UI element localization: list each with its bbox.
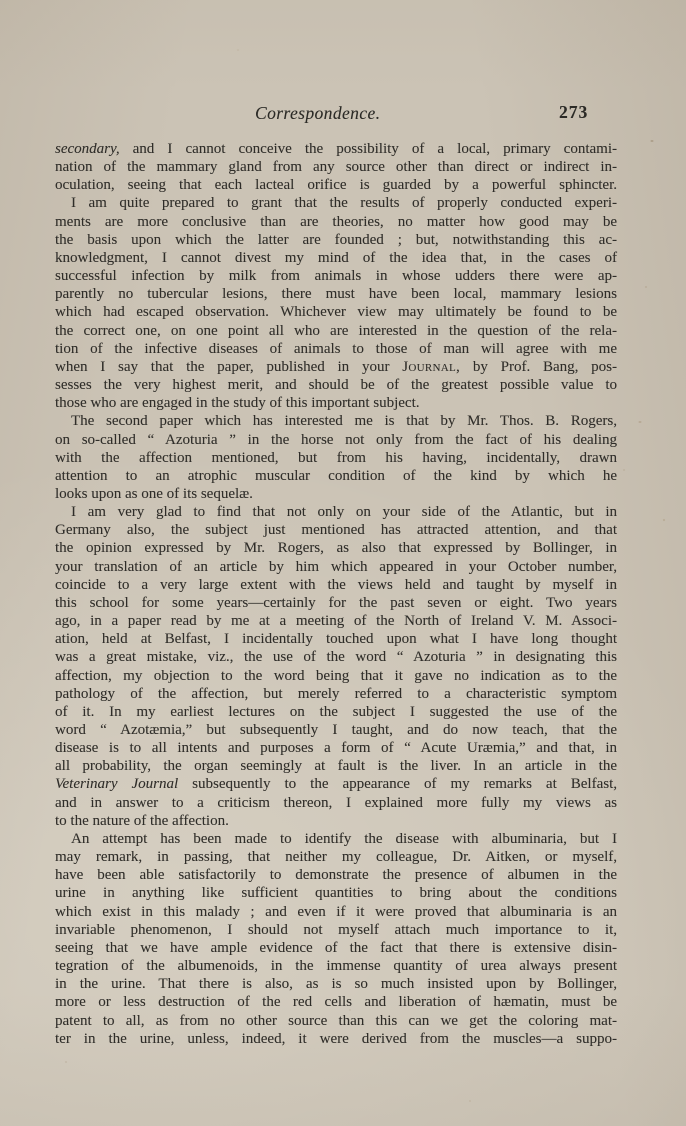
text-line: successful infection by milk from animal…: [55, 267, 617, 285]
text-run: all probability, the organ seemingly at …: [55, 758, 617, 774]
text-run: coincide to a very large extent with the…: [55, 577, 617, 593]
text-run: The second paper which has interested me…: [71, 413, 617, 429]
text-run: An attempt has been made to identify the…: [71, 831, 617, 847]
text-run: sesses the very highest merit, and shoul…: [55, 377, 617, 393]
text-line: I am very glad to find that not only on …: [55, 503, 617, 521]
text-line: parently no tubercular lesions, there mu…: [55, 285, 617, 303]
text-run: affection, my objection to the word bein…: [55, 668, 617, 684]
page-number: 273: [559, 102, 588, 123]
text-run: urine in anything like sufficient quanti…: [55, 885, 617, 901]
text-run: nation of the mammary gland from any sou…: [55, 159, 617, 175]
text-line: An attempt has been made to identify the…: [55, 830, 617, 848]
italic-text: secondary,: [55, 141, 120, 157]
text-line: pathology of the affection, but merely r…: [55, 685, 617, 703]
text-run: tion of the infective diseases of animal…: [55, 341, 617, 357]
text-run: I am quite prepared to grant that the re…: [71, 195, 617, 211]
text-line: may remark, in passing, that neither my …: [55, 848, 617, 866]
text-run: seeing that we have ample evidence of th…: [55, 940, 617, 956]
text-line: secondary, and I cannot conceive the pos…: [55, 140, 617, 158]
text-line: seeing that we have ample evidence of th…: [55, 939, 617, 957]
text-line: to the nature of the affection.: [55, 812, 617, 830]
text-line: attention to an atrophic muscular condit…: [55, 467, 617, 485]
text-run: those who are engaged in the study of th…: [55, 395, 420, 411]
text-run: in the urine. That there is also, as is …: [55, 976, 617, 992]
text-run: when I say that the paper, published in …: [55, 359, 402, 375]
text-run: which exist in this malady ; and even if…: [55, 904, 617, 920]
text-line: more or less destruction of the red cell…: [55, 993, 617, 1011]
text-run: oculation, seeing that each lacteal orif…: [55, 177, 617, 193]
text-line: and in answer to a criticism thereon, I …: [55, 794, 617, 812]
text-line: tegration of the albumenoids, in the imm…: [55, 957, 617, 975]
text-run: parently no tubercular lesions, there mu…: [55, 286, 617, 302]
text-line: oculation, seeing that each lacteal orif…: [55, 176, 617, 194]
text-run: which had escaped observation. Whichever…: [55, 304, 617, 320]
text-line: urine in anything like sufficient quanti…: [55, 884, 617, 902]
text-line: your translation of an article by him wh…: [55, 558, 617, 576]
text-run: I am very glad to find that not only on …: [71, 504, 617, 520]
text-run: ago, in a paper read by me at a meeting …: [55, 613, 617, 629]
text-line: tion of the infective diseases of animal…: [55, 340, 617, 358]
running-header: Correspondence. 273: [55, 103, 617, 125]
text-line: coincide to a very large extent with the…: [55, 576, 617, 594]
text-run: more or less destruction of the red cell…: [55, 994, 617, 1010]
text-line: which exist in this malady ; and even if…: [55, 903, 617, 921]
text-line: of it. In my earliest lectures on the su…: [55, 703, 617, 721]
text-line: those who are engaged in the study of th…: [55, 394, 617, 412]
text-line: Germany also, the subject just mentioned…: [55, 521, 617, 539]
text-run: of it. In my earliest lectures on the su…: [55, 704, 617, 720]
text-line: have been able satisfactorily to demonst…: [55, 866, 617, 884]
text-run: the correct one, on one point all who ar…: [55, 323, 617, 339]
text-run: disease is to all intents and purposes a…: [55, 740, 617, 756]
text-run: the opinion expressed by Mr. Rogers, as …: [55, 540, 617, 556]
small-caps-text: Journal,: [402, 359, 460, 375]
text-block: secondary, and I cannot conceive the pos…: [55, 140, 617, 1048]
scanned-book-page: { "document": { "header": { "title": "Co…: [0, 0, 686, 1126]
text-line: in the urine. That there is also, as is …: [55, 975, 617, 993]
text-line: affection, my objection to the word bein…: [55, 667, 617, 685]
text-run: knowledgment, I cannot divest my mind of…: [55, 250, 617, 266]
text-run: ments are more conclusive than are theor…: [55, 214, 617, 230]
text-run: to the nature of the affection.: [55, 813, 229, 829]
text-line: sesses the very highest merit, and shoul…: [55, 376, 617, 394]
text-run: attention to an atrophic muscular condit…: [55, 468, 617, 484]
text-run: on so-called “ Azoturia ” in the horse n…: [55, 432, 617, 448]
text-run: Germany also, the subject just mentioned…: [55, 522, 617, 538]
italic-text: Veterinary Journal: [55, 776, 178, 792]
text-line: the basis upon which the latter are foun…: [55, 231, 617, 249]
text-run: tegration of the albumenoids, in the imm…: [55, 958, 617, 974]
text-line: ments are more conclusive than are theor…: [55, 213, 617, 231]
text-line: I am quite prepared to grant that the re…: [55, 194, 617, 212]
running-title: Correspondence.: [255, 103, 380, 124]
text-run: successful infection by milk from animal…: [55, 268, 617, 284]
text-run: have been able satisfactorily to demonst…: [55, 867, 617, 883]
text-line: knowledgment, I cannot divest my mind of…: [55, 249, 617, 267]
text-run: ter in the urine, unless, indeed, it wer…: [55, 1031, 617, 1047]
text-line: was a great mistake, viz., the use of th…: [55, 648, 617, 666]
text-run: with the affection mentioned, but from h…: [55, 450, 617, 466]
text-line: on so-called “ Azoturia ” in the horse n…: [55, 431, 617, 449]
text-run: word “ Azotæmia,” but subsequently I tau…: [55, 722, 617, 738]
text-line: the opinion expressed by Mr. Rogers, as …: [55, 539, 617, 557]
text-line: disease is to all intents and purposes a…: [55, 739, 617, 757]
text-run: this school for some years—certainly for…: [55, 595, 617, 611]
text-line: nation of the mammary gland from any sou…: [55, 158, 617, 176]
text-line: when I say that the paper, published in …: [55, 358, 617, 376]
text-line: invariable phenomenon, I should not myse…: [55, 921, 617, 939]
text-run: and I cannot conceive the possibility of…: [120, 141, 617, 157]
text-line: ago, in a paper read by me at a meeting …: [55, 612, 617, 630]
text-run: may remark, in passing, that neither my …: [55, 849, 617, 865]
text-line: ation, held at Belfast, I incidentally t…: [55, 630, 617, 648]
text-line: ter in the urine, unless, indeed, it wer…: [55, 1030, 617, 1048]
text-line: patent to all, as from no other source t…: [55, 1012, 617, 1030]
text-line: Veterinary Journal subsequently to the a…: [55, 775, 617, 793]
text-run: and in answer to a criticism thereon, I …: [55, 795, 617, 811]
text-line: the correct one, on one point all who ar…: [55, 322, 617, 340]
text-run: patent to all, as from no other source t…: [55, 1013, 617, 1029]
text-run: invariable phenomenon, I should not myse…: [55, 922, 617, 938]
text-line: with the affection mentioned, but from h…: [55, 449, 617, 467]
text-line: word “ Azotæmia,” but subsequently I tau…: [55, 721, 617, 739]
text-run: looks upon as one of its sequelæ.: [55, 486, 253, 502]
text-run: subsequently to the appearance of my rem…: [178, 776, 617, 792]
text-run: your translation of an article by him wh…: [55, 559, 617, 575]
text-line: this school for some years—certainly for…: [55, 594, 617, 612]
text-run: by Prof. Bang, pos-: [460, 359, 617, 375]
text-line: The second paper which has interested me…: [55, 412, 617, 430]
text-run: pathology of the affection, but merely r…: [55, 686, 617, 702]
text-line: all probability, the organ seemingly at …: [55, 757, 617, 775]
text-run: ation, held at Belfast, I incidentally t…: [55, 631, 617, 647]
text-line: which had escaped observation. Whichever…: [55, 303, 617, 321]
text-run: was a great mistake, viz., the use of th…: [55, 649, 617, 665]
text-run: the basis upon which the latter are foun…: [55, 232, 617, 248]
text-line: looks upon as one of its sequelæ.: [55, 485, 617, 503]
